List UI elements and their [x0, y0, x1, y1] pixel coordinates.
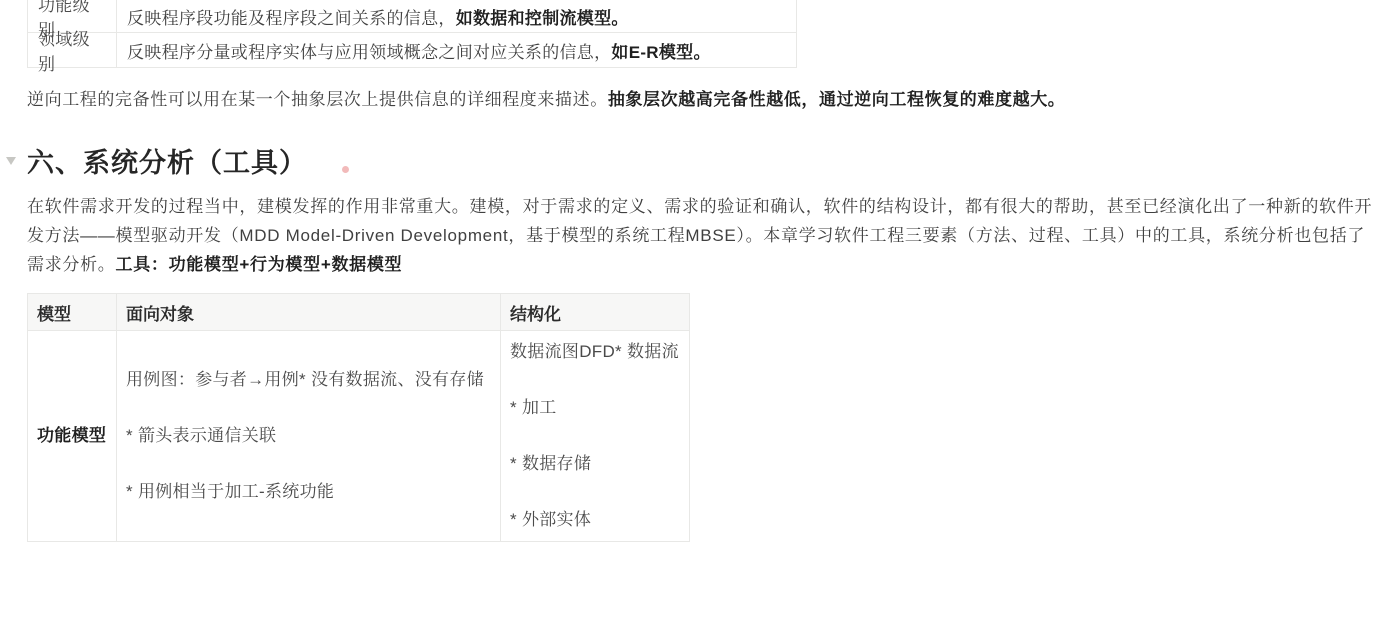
level-desc-cell: 反映程序段功能及程序段之间关系的信息，如数据和控制流模型。 [117, 0, 796, 32]
oo-paragraph: 用例图：参与者→用例* 没有数据流、没有存储 [126, 370, 491, 390]
oo-cell: 用例图：参与者→用例* 没有数据流、没有存储 * 箭头表示通信关联 * 用例相当… [117, 331, 501, 541]
paragraph-bold-text: 抽象层次越高完备性越低，通过逆向工程恢复的难度越大。 [608, 90, 1066, 109]
model-name-cell: 功能模型 [28, 331, 117, 541]
level-desc-text: 反映程序段功能及程序段之间关系的信息，如数据和控制流模型。 [127, 4, 629, 29]
paragraph-line: 需求分析。工具：功能模型+行为模型+数据模型 [27, 250, 1372, 279]
level-desc-bold: 如数据和控制流模型。 [456, 9, 629, 28]
comment-dot-icon[interactable] [342, 166, 349, 173]
table-row: 领域级别 反映程序分量或程序实体与应用领域概念之间对应关系的信息，如E-R模型。 [28, 33, 796, 68]
oo-paragraph: * 用例相当于加工-系统功能 [126, 482, 491, 502]
collapse-triangle-icon[interactable] [6, 157, 16, 165]
paragraph-completeness: 逆向工程的完备性可以用在某一个抽象层次上提供信息的详细程度来描述。抽象层次越高完… [27, 87, 1372, 112]
structured-cell: 数据流图DFD* 数据流 * 加工 * 数据存储 * 外部实体 [501, 331, 689, 541]
paragraph-modeling: 在软件需求开发的过程当中，建模发挥的作用非常重大。建模，对于需求的定义、需求的验… [27, 192, 1372, 279]
level-desc-cell: 反映程序分量或程序实体与应用领域概念之间对应关系的信息，如E-R模型。 [117, 33, 796, 67]
model-name: 功能模型 [37, 426, 107, 446]
section-heading: 六、系统分析（工具） [27, 141, 307, 180]
header-cell-oo: 面向对象 [117, 294, 501, 330]
level-name: 领域级别 [38, 25, 106, 75]
structured-paragraph: 数据流图DFD* 数据流 [510, 342, 680, 362]
level-desc-text: 反映程序分量或程序实体与应用领域概念之间对应关系的信息，如E-R模型。 [127, 38, 711, 63]
models-table-header: 模型 面向对象 结构化 [28, 294, 689, 331]
header-cell-structured: 结构化 [501, 294, 689, 330]
table-row: 功能级别 反映程序段功能及程序段之间关系的信息，如数据和控制流模型。 [28, 0, 796, 33]
tools-bold-text: 工具：功能模型+行为模型+数据模型 [116, 255, 403, 274]
level-name-cell: 领域级别 [28, 33, 117, 67]
oo-paragraph: * 箭头表示通信关联 [126, 426, 491, 446]
structured-paragraph: * 数据存储 [510, 454, 680, 474]
paragraph-text: 逆向工程的完备性可以用在某一个抽象层次上提供信息的详细程度来描述。 [27, 90, 608, 109]
paragraph-line: 在软件需求开发的过程当中，建模发挥的作用非常重大。建模，对于需求的定义、需求的验… [27, 192, 1372, 221]
structured-paragraph: * 外部实体 [510, 510, 680, 530]
level-desc-bold: 如E-R模型。 [611, 43, 710, 62]
models-table-row: 功能模型 用例图：参与者→用例* 没有数据流、没有存储 * 箭头表示通信关联 *… [28, 331, 689, 541]
header-cell-model: 模型 [28, 294, 117, 330]
structured-paragraph: * 加工 [510, 398, 680, 418]
paragraph-line: 发方法——模型驱动开发（MDD Model-Driven Development… [27, 221, 1372, 250]
levels-table: 功能级别 反映程序段功能及程序段之间关系的信息，如数据和控制流模型。 领域级别 … [27, 0, 797, 68]
models-table: 模型 面向对象 结构化 功能模型 用例图：参与者→用例* 没有数据流、没有存储 … [27, 293, 690, 542]
